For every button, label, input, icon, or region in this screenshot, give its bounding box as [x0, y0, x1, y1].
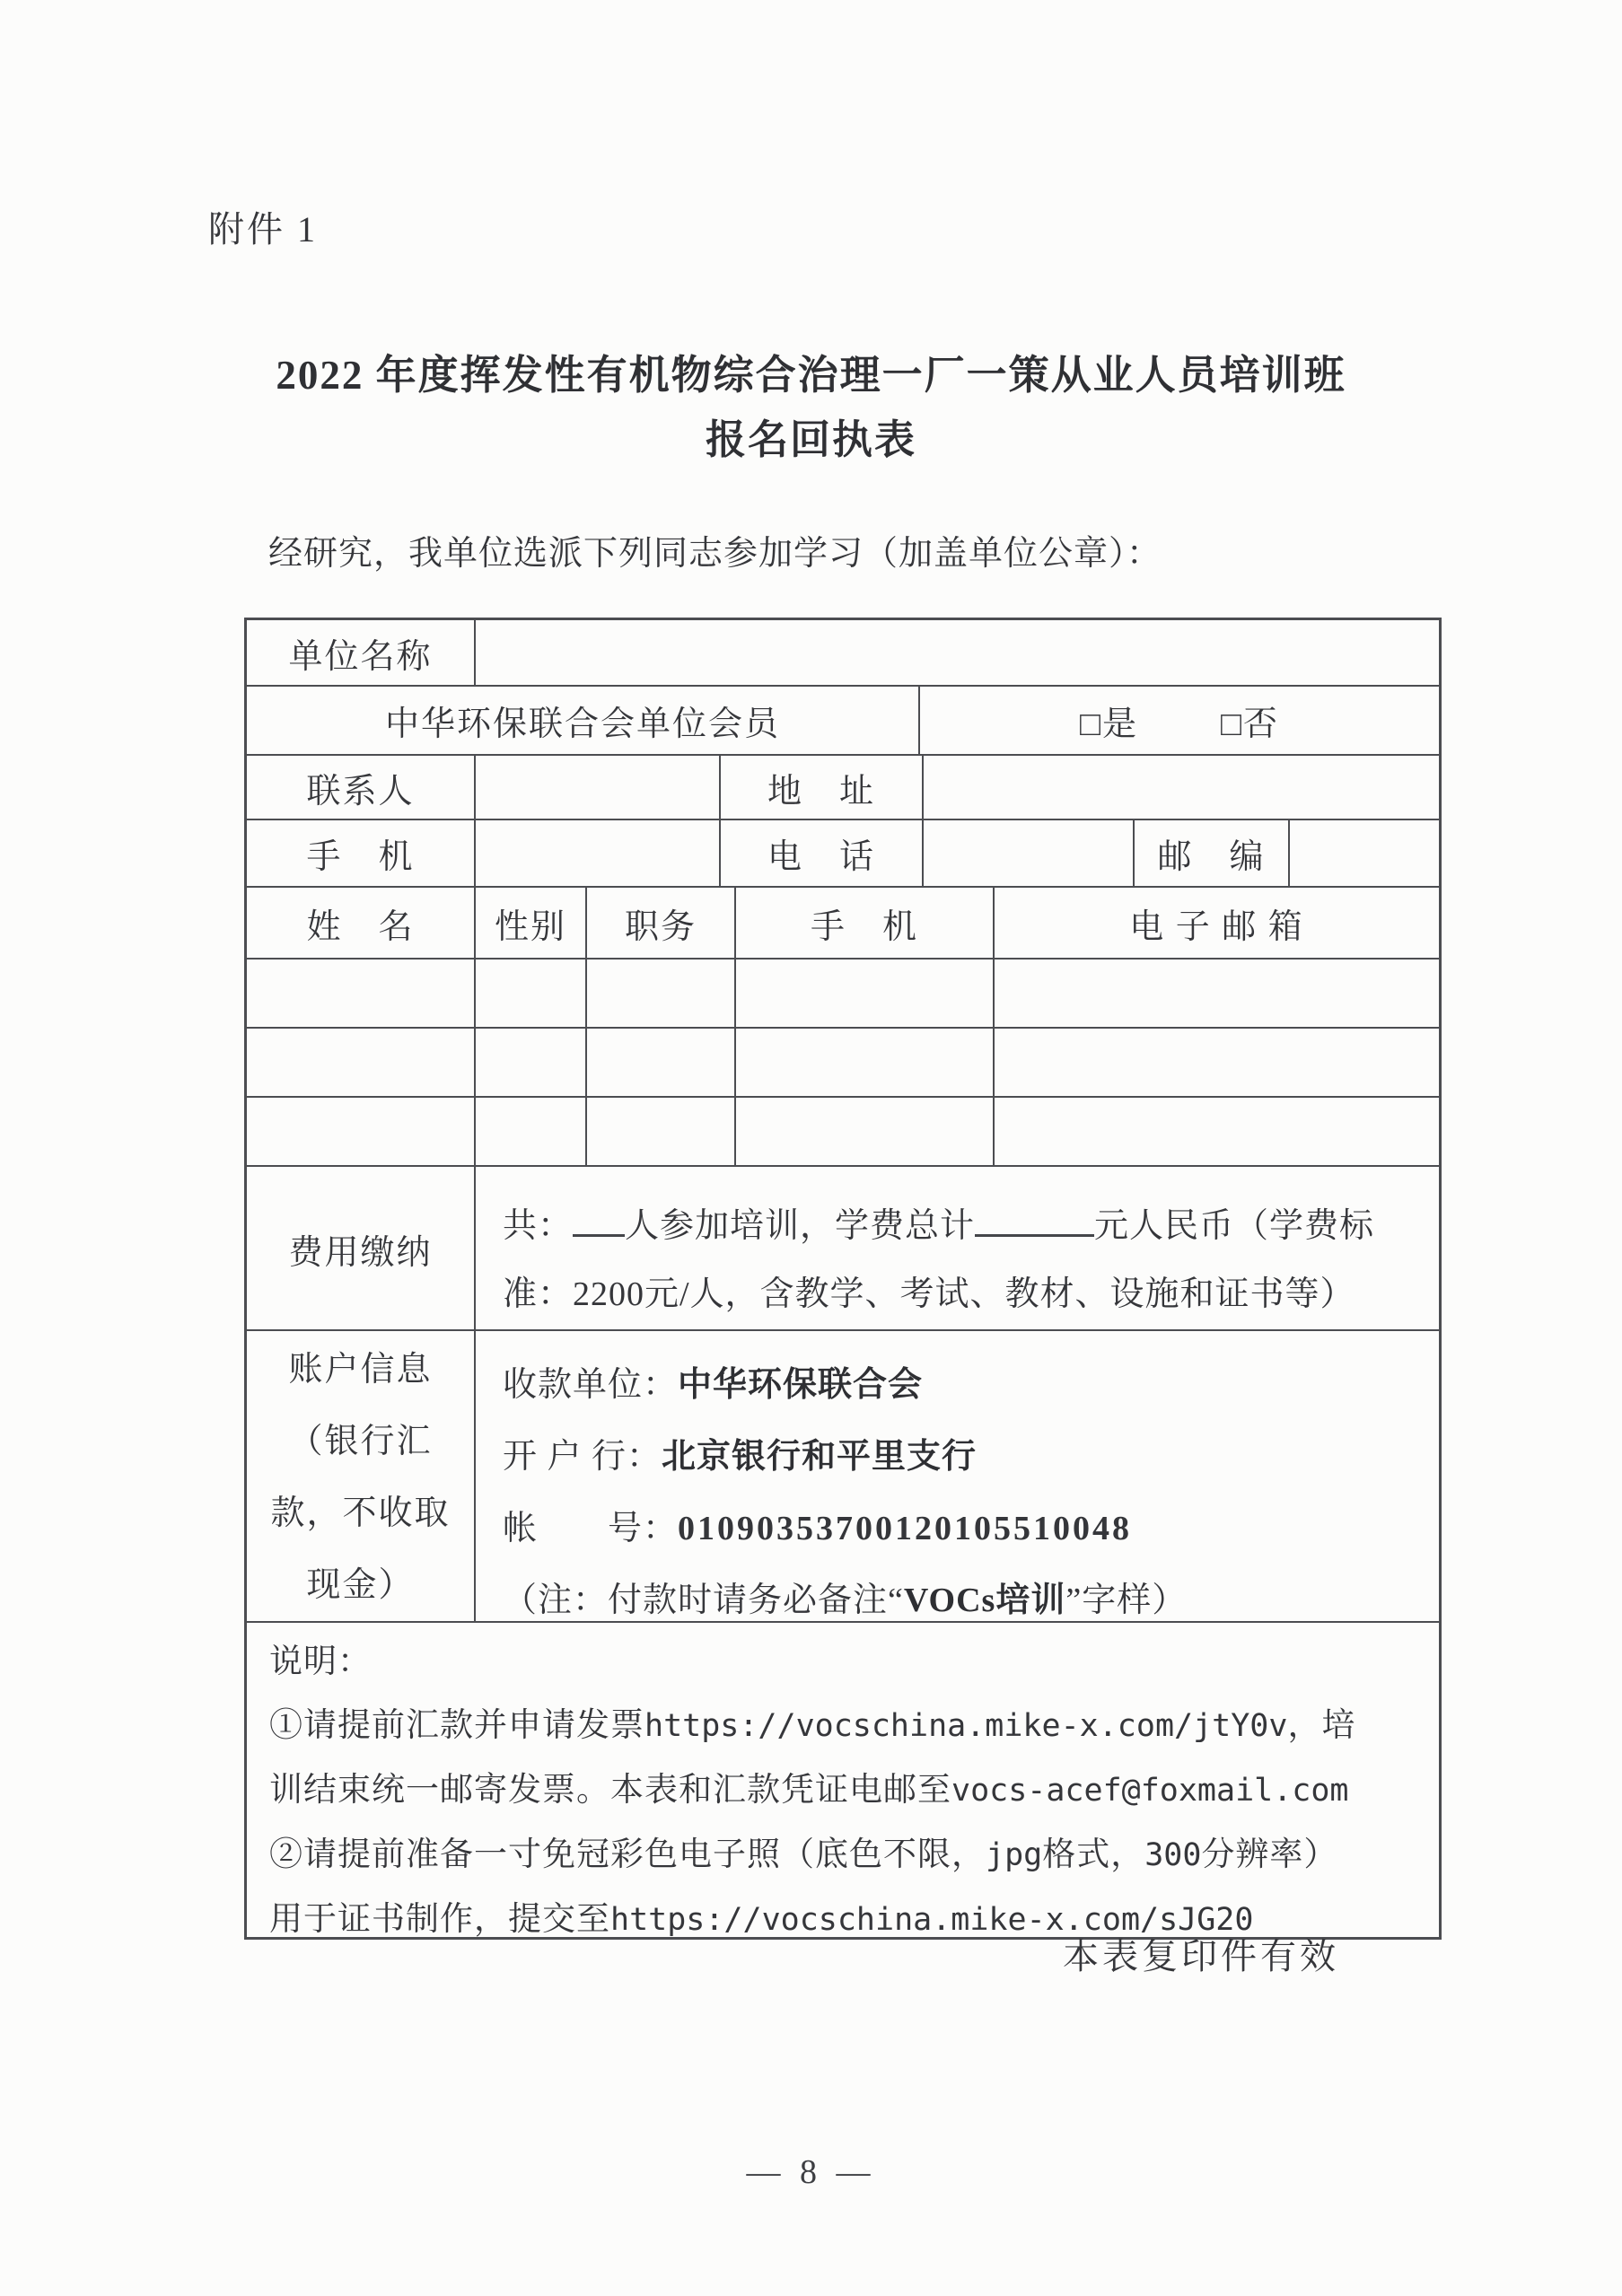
- unit-name-input-cell: [476, 620, 1439, 685]
- entry-cell: [995, 1029, 1439, 1096]
- account-label: 账户信息 （银行汇 款，不收取 现金）: [247, 1331, 476, 1623]
- notes-text: jpg: [986, 1837, 1042, 1873]
- notes-text: ，培: [1287, 1707, 1355, 1744]
- payee-label: 收款单位：: [503, 1366, 678, 1404]
- entry-cell: [476, 1029, 587, 1096]
- fee-text: 元人民币（学费标: [1094, 1207, 1374, 1245]
- membership-label: 中华环保联合会单位会员: [247, 687, 920, 754]
- header-name: 姓 名: [247, 888, 476, 958]
- entry-cell: [736, 1029, 995, 1096]
- account-label-line: 现金）: [306, 1549, 414, 1621]
- notes-text: 格式，: [1042, 1836, 1144, 1873]
- row-unit-name: 单位名称: [247, 620, 1439, 687]
- phone-label: 电 话: [721, 820, 924, 886]
- notes-heading: 说明：: [269, 1630, 1421, 1694]
- bank-label: 开 户 行：: [503, 1438, 662, 1476]
- notes-line-1: ①请提前汇款并申请发票https://vocschina.mike-x.com/…: [269, 1694, 1421, 1758]
- entry-cell: [476, 960, 587, 1027]
- header-position: 职务: [587, 888, 736, 958]
- checkbox-no: □否: [1221, 696, 1279, 745]
- row-notes: 说明： ①请提前汇款并申请发票https://vocschina.mike-x.…: [247, 1623, 1439, 1937]
- entry-cell: [736, 1098, 995, 1165]
- mobile-label: 手 机: [247, 820, 476, 886]
- payee-line: 收款单位：中华环保联合会: [503, 1349, 1439, 1421]
- notes-text: ②请提前准备一寸免冠彩色电子照（底色不限，: [269, 1836, 986, 1873]
- mobile-input-cell: [476, 820, 721, 886]
- fee-line-1: 共：人参加培训，学费总计元人民币（学费标: [503, 1192, 1439, 1260]
- page-number: — 8 —: [0, 2152, 1622, 2192]
- notes-text: ①请提前汇款并申请发票: [269, 1707, 644, 1744]
- notes-line-3: ②请提前准备一寸免冠彩色电子照（底色不限，jpg格式，300分辨率）: [269, 1823, 1421, 1888]
- checkbox-yes: □是: [1080, 696, 1138, 745]
- fee-text: 共：: [503, 1207, 573, 1245]
- entry-cell: [587, 960, 736, 1027]
- entry-cell: [247, 1098, 476, 1165]
- note-keyword: VOCs培训: [904, 1582, 1065, 1619]
- fee-content: 共：人参加培训，学费总计元人民币（学费标 准：2200元/人，含教学、考试、教材…: [476, 1167, 1439, 1329]
- bank-value: 北京银行和平里支行: [662, 1438, 977, 1476]
- notes-content: 说明： ①请提前汇款并申请发票https://vocschina.mike-x.…: [247, 1623, 1439, 1937]
- row-membership: 中华环保联合会单位会员 □是 □否: [247, 687, 1439, 756]
- fee-text: 人参加培训，学费总计: [625, 1207, 975, 1245]
- account-number-label: 帐 号：: [503, 1510, 678, 1547]
- contact-email: vocs-acef@foxmail.com: [951, 1773, 1349, 1809]
- fill-blank-total: [975, 1200, 1094, 1237]
- notes-text: 分辨率）: [1201, 1836, 1337, 1873]
- postcode-label: 邮 编: [1135, 820, 1290, 886]
- entry-cell: [995, 1098, 1439, 1165]
- page-title: 2022 年度挥发性有机物综合治理一厂一策从业人员培训班 报名回执表: [0, 343, 1622, 472]
- entry-cell: [476, 1098, 587, 1165]
- account-label-line: （银行汇: [288, 1406, 432, 1477]
- header-gender: 性别: [476, 888, 587, 958]
- scanned-document-page: 附件 1 2022 年度挥发性有机物综合治理一厂一策从业人员培训班 报名回执表 …: [0, 0, 1622, 2296]
- postcode-input-cell: [1290, 820, 1439, 886]
- payee-value: 中华环保联合会: [678, 1366, 923, 1404]
- note-text: （注：付款时请务必备注“: [503, 1582, 904, 1619]
- unit-name-label: 单位名称: [247, 620, 476, 685]
- note-text: ”字样）: [1065, 1582, 1187, 1619]
- intro-text: 经研究，我单位选派下列同志参加学习（加盖单位公章）：: [268, 525, 1162, 574]
- fill-blank-count: [573, 1200, 625, 1237]
- notes-line-2: 训结束统一邮寄发票。本表和汇款凭证电邮至vocs-acef@foxmail.co…: [269, 1758, 1421, 1823]
- fee-label: 费用缴纳: [247, 1167, 476, 1331]
- account-number-value: 01090353700120105510048: [678, 1510, 1132, 1547]
- address-input-cell: [924, 756, 1439, 819]
- entry-cell: [587, 1029, 736, 1096]
- row-contact: 联系人 地 址: [247, 756, 1439, 820]
- phone-input-cell: [924, 820, 1135, 886]
- header-mobile: 手 机: [736, 888, 995, 958]
- copy-valid-note: 本表复印件有效: [0, 1928, 1339, 1979]
- attachment-label: 附件 1: [208, 201, 318, 252]
- entry-cell: [587, 1098, 736, 1165]
- attendee-row-2: [247, 1029, 1439, 1098]
- account-number-line: 帐 号：01090353700120105510048: [503, 1493, 1439, 1564]
- attendee-row-1: [247, 960, 1439, 1029]
- membership-options-cell: □是 □否: [920, 687, 1439, 754]
- entry-cell: [736, 960, 995, 1027]
- entry-cell: [247, 1029, 476, 1096]
- contact-input-cell: [476, 756, 721, 819]
- notes-text: 训结束统一邮寄发票。本表和汇款凭证电邮至: [269, 1772, 951, 1809]
- bank-line: 开 户 行：北京银行和平里支行: [503, 1421, 1439, 1493]
- title-line-1: 2022 年度挥发性有机物综合治理一厂一策从业人员培训班: [0, 343, 1622, 407]
- address-label: 地 址: [721, 756, 924, 819]
- account-content: 收款单位：中华环保联合会 开 户 行：北京银行和平里支行 帐 号：0109035…: [476, 1331, 1439, 1621]
- contact-label: 联系人: [247, 756, 476, 819]
- account-label-line: 账户信息: [288, 1334, 432, 1406]
- invoice-url: https://vocschina.mike-x.com/jtY0v: [644, 1708, 1287, 1744]
- row-fee: 费用缴纳 共：人参加培训，学费总计元人民币（学费标 准：2200元/人，含教学、…: [247, 1167, 1439, 1331]
- entry-cell: [995, 960, 1439, 1027]
- row-account: 账户信息 （银行汇 款，不收取 现金） 收款单位：中华环保联合会 开 户 行：北…: [247, 1331, 1439, 1623]
- registration-table: 单位名称 中华环保联合会单位会员 □是 □否 联系人 地 址 手 机 电 话 邮…: [244, 618, 1442, 1940]
- attendee-row-3: [247, 1098, 1439, 1167]
- title-line-2: 报名回执表: [0, 407, 1622, 472]
- fee-line-2: 准：2200元/人，含教学、考试、教材、设施和证书等）: [503, 1260, 1439, 1328]
- entry-cell: [247, 960, 476, 1027]
- row-mobile: 手 机 电 话 邮 编: [247, 820, 1439, 888]
- account-label-line: 款，不收取: [270, 1477, 450, 1549]
- header-email: 电 子 邮 箱: [995, 888, 1439, 958]
- notes-text: 300: [1144, 1837, 1201, 1873]
- row-attendee-header: 姓 名 性别 职务 手 机 电 子 邮 箱: [247, 888, 1439, 960]
